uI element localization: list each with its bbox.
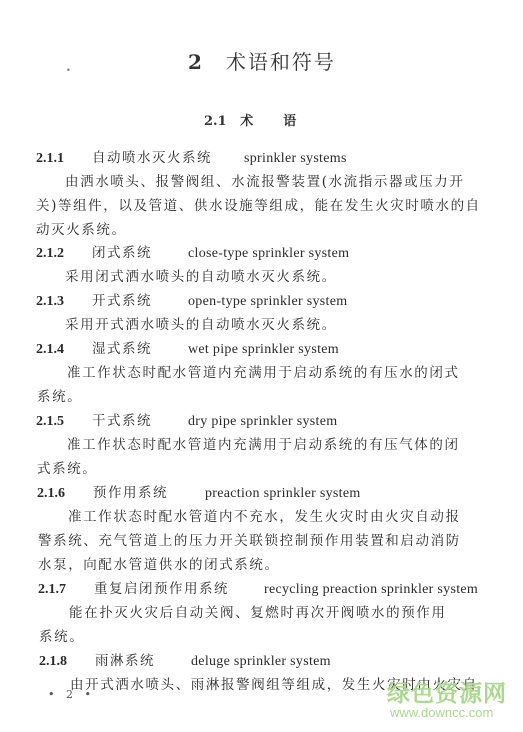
definition-line: 准工作状态时配水管道内不充水，发生火灾时由火灾自动报 bbox=[68, 505, 461, 525]
term-number: 2.1.1 bbox=[36, 151, 92, 167]
term-chinese: 自动喷水灭火系统 bbox=[92, 146, 244, 166]
term-number: 2.1.5 bbox=[36, 414, 92, 430]
definition-line: 系统。 bbox=[37, 385, 82, 405]
definition-line: 准工作状态时配水管道内充满用于启动系统的有压气体的闭 bbox=[67, 433, 460, 453]
term-chinese: 雨淋系统 bbox=[95, 649, 191, 669]
page-number: • 2 • bbox=[48, 688, 95, 701]
term-number: 2.1.6 bbox=[37, 486, 93, 502]
definition-line: 关)等组件，以及管道、供水设施等组成，能在发生火灾时喷水的自 bbox=[36, 194, 481, 214]
term-chinese: 干式系统 bbox=[92, 409, 188, 429]
definition-line: 准工作状态时配水管道内充满用于启动系统的有压水的闭式 bbox=[67, 361, 460, 381]
definition-line: 式系统。 bbox=[37, 457, 97, 477]
term-english: wet pipe sprinkler system bbox=[188, 342, 339, 357]
term-english: dry pipe sprinkler system bbox=[188, 414, 337, 429]
watermark-logo: 绿色资源网 bbox=[387, 675, 507, 708]
definition-line: 水泵，向配水管道供水的闭式系统。 bbox=[38, 553, 280, 573]
definition-line: 动灭火系统。 bbox=[36, 218, 127, 238]
term-heading: 2.1.1自动喷水灭火系统sprinkler systems bbox=[36, 146, 347, 167]
watermark-url: www.downcc.com bbox=[390, 705, 493, 720]
definition-line: 采用闭式洒水喷头的自动喷水灭火系统。 bbox=[65, 265, 337, 285]
definition-line: 警系统、充气管道上的压力开关联锁控制预作用装置和启动消防 bbox=[38, 529, 461, 549]
chapter-title-text: 术语和符号 bbox=[226, 50, 336, 74]
section-heading: 2.1 术语 bbox=[204, 110, 296, 129]
chapter-title: 2术语和符号 bbox=[188, 46, 336, 75]
term-number: 2.1.2 bbox=[36, 246, 92, 262]
term-chinese: 预作用系统 bbox=[93, 481, 205, 501]
definition-line: 能在扑灭火灾后自动关阀、复燃时再次开阀喷水的预作用 bbox=[69, 601, 447, 621]
section-number: 2.1 bbox=[204, 114, 227, 129]
term-number: 2.1.7 bbox=[38, 582, 94, 598]
term-english: close-type sprinkler system bbox=[188, 246, 349, 261]
term-heading: 2.1.8雨淋系统deluge sprinkler system bbox=[39, 649, 331, 670]
term-english: open-type sprinkler system bbox=[188, 294, 347, 309]
term-english: sprinkler systems bbox=[244, 151, 347, 166]
term-english: deluge sprinkler system bbox=[191, 654, 331, 669]
definition-line: 由洒水喷头、报警阀组、水流报警装置(水流指示器或压力开 bbox=[65, 170, 464, 190]
term-number: 2.1.8 bbox=[39, 654, 95, 670]
term-chinese: 重复启闭预作用系统 bbox=[94, 577, 264, 597]
term-heading: 2.1.3开式系统open-type sprinkler system bbox=[36, 289, 347, 310]
term-english: recycling preaction sprinkler system bbox=[264, 582, 478, 597]
scan-speck: • bbox=[66, 66, 71, 75]
term-heading: 2.1.5干式系统dry pipe sprinkler system bbox=[36, 409, 337, 430]
section-title-a: 术 bbox=[240, 114, 253, 129]
section-title-b: 语 bbox=[283, 114, 296, 129]
term-number: 2.1.4 bbox=[36, 342, 92, 358]
chapter-number: 2 bbox=[188, 50, 204, 74]
definition-line: 采用开式洒水喷头的自动喷水灭火系统。 bbox=[65, 313, 337, 333]
term-chinese: 开式系统 bbox=[92, 289, 188, 309]
term-heading: 2.1.4湿式系统wet pipe sprinkler system bbox=[36, 337, 339, 358]
term-english: preaction sprinkler system bbox=[205, 486, 361, 501]
term-heading: 2.1.6预作用系统preaction sprinkler system bbox=[37, 481, 361, 502]
term-chinese: 湿式系统 bbox=[92, 337, 188, 357]
definition-line: 系统。 bbox=[39, 625, 84, 645]
term-heading: 2.1.2闭式系统close-type sprinkler system bbox=[36, 241, 349, 262]
term-chinese: 闭式系统 bbox=[92, 241, 188, 261]
term-number: 2.1.3 bbox=[36, 294, 92, 310]
term-heading: 2.1.7重复启闭预作用系统recycling preaction sprink… bbox=[38, 577, 478, 598]
